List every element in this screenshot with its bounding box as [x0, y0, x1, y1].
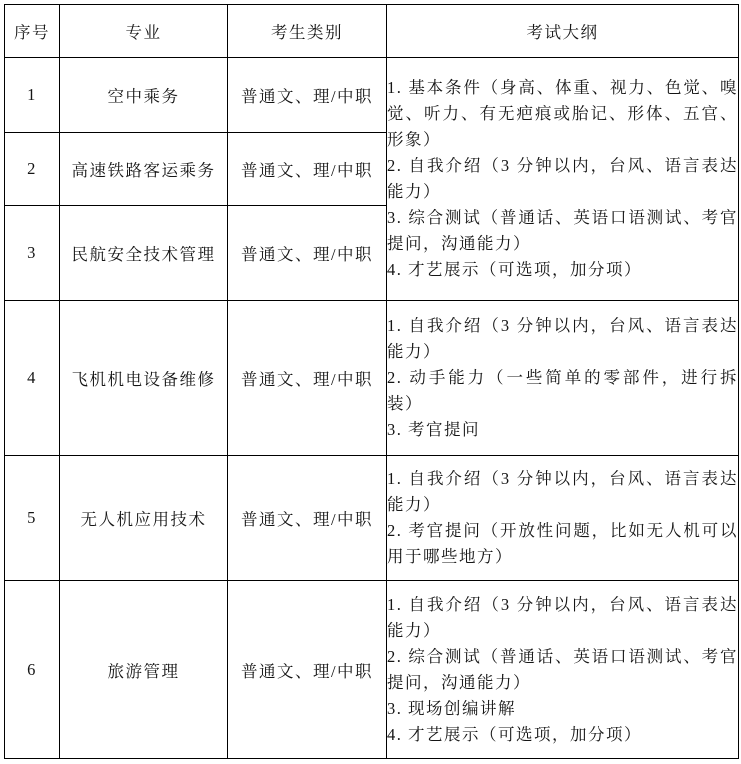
- header-row: 序号 专业 考生类别 考试大纲: [5, 5, 739, 58]
- outline-item: 3. 考官提问: [387, 417, 738, 443]
- table-row: 1 空中乘务 普通文、理/中职 1. 基本条件（身高、体重、视力、色觉、嗅觉、听…: [5, 58, 739, 133]
- outline-item: 2. 动手能力（一些简单的零部件，进行拆装）: [387, 365, 738, 417]
- outline-cell: 1. 自我介绍（3 分钟以内，台风、语言表达能力） 2. 综合测试（普通话、英语…: [387, 581, 739, 759]
- outline-item: 1. 自我介绍（3 分钟以内，台风、语言表达能力）: [387, 313, 738, 365]
- outline-item: 2. 考官提问（开放性问题，比如无人机可以用于哪些地方）: [387, 518, 738, 570]
- major-cell: 无人机应用技术: [60, 456, 228, 581]
- table-row: 4 飞机机电设备维修 普通文、理/中职 1. 自我介绍（3 分钟以内，台风、语言…: [5, 301, 739, 456]
- outline-item: 4. 才艺展示（可选项，加分项）: [387, 257, 738, 283]
- outline-cell: 1. 自我介绍（3 分钟以内，台风、语言表达能力） 2. 考官提问（开放性问题，…: [387, 456, 739, 581]
- table-row: 5 无人机应用技术 普通文、理/中职 1. 自我介绍（3 分钟以内，台风、语言表…: [5, 456, 739, 581]
- merged-outline-cell: 1. 基本条件（身高、体重、视力、色觉、嗅觉、听力、有无疤痕或胎记、形体、五官、…: [387, 58, 739, 301]
- category-cell: 普通文、理/中职: [228, 456, 387, 581]
- category-cell: 普通文、理/中职: [228, 133, 387, 206]
- major-cell: 民航安全技术管理: [60, 206, 228, 301]
- category-cell: 普通文、理/中职: [228, 581, 387, 759]
- category-cell: 普通文、理/中职: [228, 206, 387, 301]
- outline-item: 3. 现场创编讲解: [387, 696, 738, 722]
- row-number-cell: 6: [5, 581, 60, 759]
- major-cell: 高速铁路客运乘务: [60, 133, 228, 206]
- outline-cell: 1. 自我介绍（3 分钟以内，台风、语言表达能力） 2. 动手能力（一些简单的零…: [387, 301, 739, 456]
- header-no: 序号: [5, 5, 60, 58]
- header-major: 专业: [60, 5, 228, 58]
- outline-item: 1. 基本条件（身高、体重、视力、色觉、嗅觉、听力、有无疤痕或胎记、形体、五官、…: [387, 75, 738, 153]
- outline-item: 1. 自我介绍（3 分钟以内，台风、语言表达能力）: [387, 466, 738, 518]
- header-outline: 考试大纲: [387, 5, 739, 58]
- outline-item: 1. 自我介绍（3 分钟以内，台风、语言表达能力）: [387, 592, 738, 644]
- major-cell: 旅游管理: [60, 581, 228, 759]
- outline-item: 3. 综合测试（普通话、英语口语测试、考官提问，沟通能力）: [387, 205, 738, 257]
- major-cell: 空中乘务: [60, 58, 228, 133]
- row-number-cell: 3: [5, 206, 60, 301]
- outline-item: 4. 才艺展示（可选项，加分项）: [387, 722, 738, 748]
- category-cell: 普通文、理/中职: [228, 58, 387, 133]
- outline-item: 2. 综合测试（普通话、英语口语测试、考官提问，沟通能力）: [387, 644, 738, 696]
- row-number-cell: 5: [5, 456, 60, 581]
- document-page: 序号 专业 考生类别 考试大纲 1 空中乘务 普通文、理/中职 1. 基本条件（…: [0, 0, 741, 764]
- header-category: 考生类别: [228, 5, 387, 58]
- row-number-cell: 1: [5, 58, 60, 133]
- exam-outline-table: 序号 专业 考生类别 考试大纲 1 空中乘务 普通文、理/中职 1. 基本条件（…: [4, 4, 739, 759]
- row-number-cell: 2: [5, 133, 60, 206]
- table-row: 6 旅游管理 普通文、理/中职 1. 自我介绍（3 分钟以内，台风、语言表达能力…: [5, 581, 739, 759]
- outline-item: 2. 自我介绍（3 分钟以内，台风、语言表达能力）: [387, 153, 738, 205]
- category-cell: 普通文、理/中职: [228, 301, 387, 456]
- major-cell: 飞机机电设备维修: [60, 301, 228, 456]
- row-number-cell: 4: [5, 301, 60, 456]
